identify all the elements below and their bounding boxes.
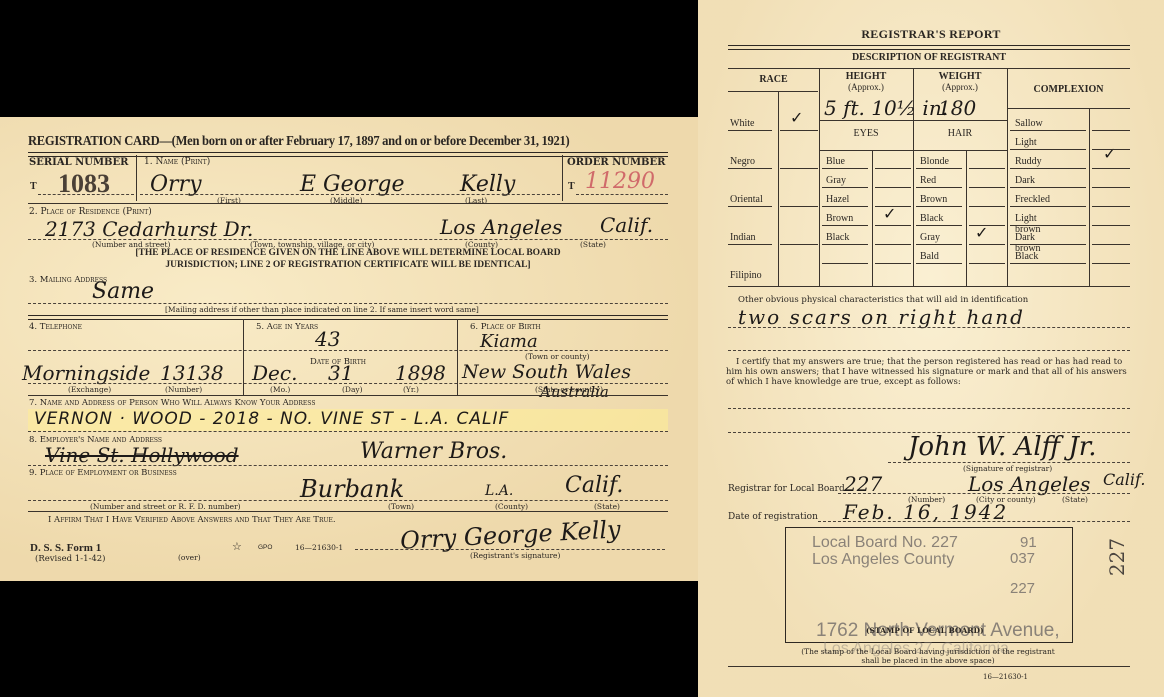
side-number: 227 xyxy=(1105,538,1129,576)
certify-text: I certify that my answers are true; that… xyxy=(726,357,1132,387)
employer-value: Warner Bros. xyxy=(360,439,507,464)
mailing-value: Same xyxy=(92,279,154,304)
height-value: 5 ft. 10½ in. xyxy=(824,96,948,120)
complexion-option: Black xyxy=(1015,251,1038,262)
complexion-option: Light xyxy=(1015,137,1037,148)
gpo-number: 16—21630-1 xyxy=(295,543,343,552)
race-option: Filipino xyxy=(730,270,762,281)
birthplace-state: New South Wales xyxy=(462,361,631,383)
report-title: REGISTRAR'S REPORT xyxy=(698,27,1164,42)
dob-month: Dec. xyxy=(252,361,297,385)
complexion-option: Sallow xyxy=(1015,118,1043,129)
residence-state: Calif. xyxy=(600,213,653,237)
other-characteristics-value: two scars on right hand xyxy=(738,305,1025,329)
stamp-label: (STAMP OF LOCAL BOARD) xyxy=(866,626,984,635)
hair-option: Brown xyxy=(920,194,947,205)
card-title: REGISTRATION CARD—(Men born on or after … xyxy=(28,133,569,149)
employment-town: Burbank xyxy=(300,475,404,503)
race-option: White xyxy=(730,118,754,129)
employer-struck: Vine St. Hollywood xyxy=(45,443,239,467)
eyes-option: Gray xyxy=(826,175,846,186)
height-header: HEIGHT(Approx.) xyxy=(819,72,913,92)
jurisdiction-note-2: JURISDICTION; LINE 2 OF REGISTRATION CER… xyxy=(28,260,668,270)
registrars-report-back: REGISTRAR'S REPORT DESCRIPTION OF REGIST… xyxy=(698,0,1164,697)
registration-card-front: REGISTRATION CARD—(Men born on or after … xyxy=(0,117,698,581)
date-label: Date of registration xyxy=(728,512,818,522)
telephone-label: 4. Telephone xyxy=(29,322,82,332)
telephone-number: 13138 xyxy=(160,361,224,385)
local-board-label: Registrar for Local Board xyxy=(728,484,845,494)
serial-number-label: SERIAL NUMBER xyxy=(29,157,128,168)
affirm-text: I Affirm That I Have Verified Above Answ… xyxy=(48,515,336,525)
age-value: 43 xyxy=(315,327,340,351)
complexion-header: COMPLEXION xyxy=(1007,84,1130,95)
eyes-option: Brown xyxy=(826,213,853,224)
complexion-option: Freckled xyxy=(1015,194,1050,205)
contact-value: VERNON · WOOD - 2018 - NO. VINE ST - L.A… xyxy=(34,409,509,429)
hair-option: Blonde xyxy=(920,156,949,167)
residence-street: 2173 Cedarhurst Dr. xyxy=(45,217,253,241)
hair-option: Red xyxy=(920,175,936,186)
order-number-value: 11290 xyxy=(585,169,655,194)
eyes-header: EYES xyxy=(819,128,913,139)
residence-county: Los Angeles xyxy=(440,215,562,239)
employment-state: Calif. xyxy=(565,473,623,498)
race-option: Indian xyxy=(730,232,756,243)
revised-date: (Revised 1-1-42) xyxy=(35,554,106,564)
dob-day: 31 xyxy=(328,361,353,385)
form-number: 16—21630-1 xyxy=(983,673,1028,681)
race-header: RACE xyxy=(728,74,819,85)
stamp-num-1: 91 xyxy=(1020,534,1037,551)
hair-option: Black xyxy=(920,213,943,224)
weight-header: WEIGHT(Approx.) xyxy=(913,72,1007,92)
telephone-exchange: Morningside xyxy=(22,361,150,385)
complexion-option: Dark xyxy=(1015,175,1035,186)
hair-header: HAIR xyxy=(913,128,1007,139)
eyes-option: Blue xyxy=(826,156,845,167)
employment-label: 9. Place of Employment or Business xyxy=(29,468,177,478)
race-check-icon: ✓ xyxy=(790,108,803,127)
birthplace-town: Kiama xyxy=(480,331,538,352)
over-note: (over) xyxy=(178,553,201,562)
stamp-num-3: 227 xyxy=(1010,580,1035,597)
complexion-check-icon: ✓ xyxy=(1103,144,1116,163)
name-label: 1. Name (Print) xyxy=(144,157,210,167)
jurisdiction-note-1: [THE PLACE OF RESIDENCE GIVEN ON THE LIN… xyxy=(28,248,668,258)
hair-option: Gray xyxy=(920,232,940,243)
form-id: D. S. S. Form 1 xyxy=(30,542,101,554)
local-board-state: Calif. xyxy=(1103,470,1145,489)
race-option: Oriental xyxy=(730,194,763,205)
contact-label: 7. Name and Address of Person Who Will A… xyxy=(29,398,315,408)
hair-option: Bald xyxy=(920,251,939,262)
other-characteristics-label: Other obvious physical characteristics t… xyxy=(738,295,1028,305)
age-label: 5. Age in Years xyxy=(256,322,318,332)
race-option: Negro xyxy=(730,156,755,167)
residence-label: 2. Place of Residence (Print) xyxy=(29,207,152,217)
dob-year: 1898 xyxy=(395,361,446,385)
registrar-signature: John W. Alff Jr. xyxy=(908,432,1097,462)
weight-value: 180 xyxy=(938,96,976,120)
employment-county: L.A. xyxy=(485,483,513,499)
eyes-option: Hazel xyxy=(826,194,849,205)
stamp-num-2: 037 xyxy=(1010,550,1035,567)
eyes-option: Black xyxy=(826,232,849,243)
complexion-option: Ruddy xyxy=(1015,156,1042,167)
star-icon: ☆ xyxy=(232,540,242,553)
order-number-label: ORDER NUMBER xyxy=(567,157,665,168)
stamp-note: (The stamp of the Local Board having jur… xyxy=(778,647,1078,665)
stamp-line-1: Local Board No. 227 xyxy=(812,534,958,552)
stamp-line-2: Los Angeles County xyxy=(812,551,954,569)
report-subtitle: DESCRIPTION OF REGISTRANT xyxy=(728,52,1130,63)
